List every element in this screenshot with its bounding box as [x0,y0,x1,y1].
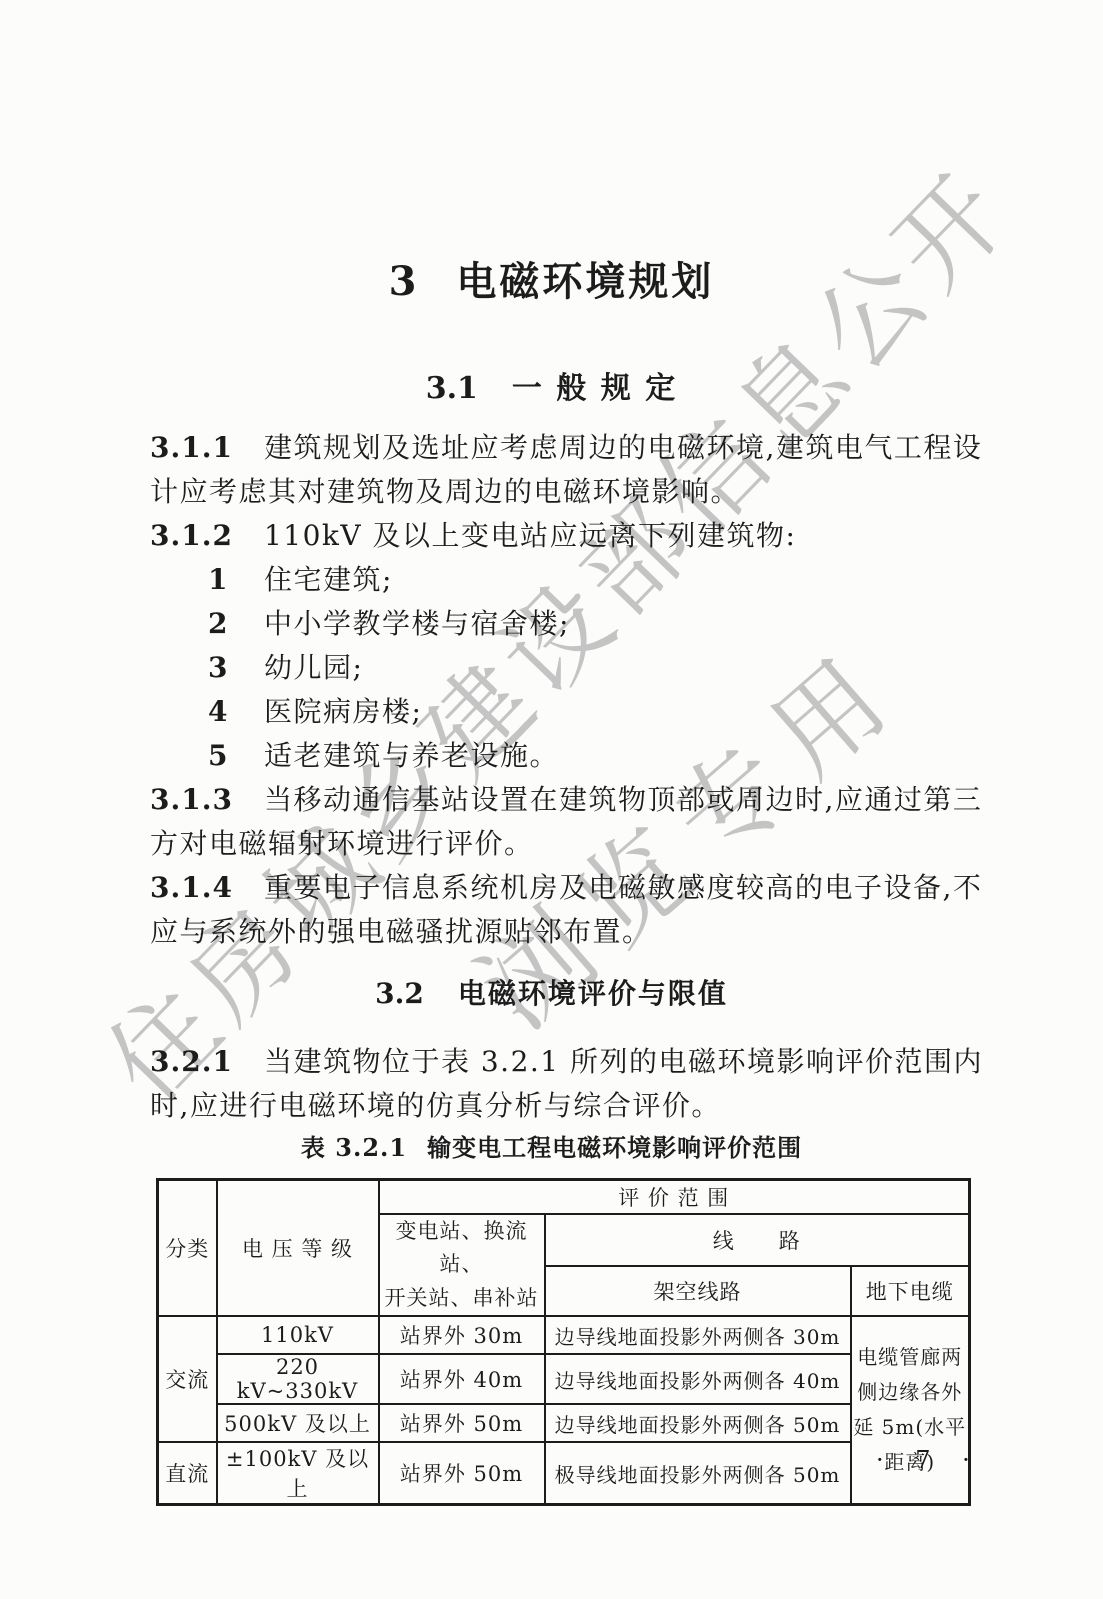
document-page: { "colors": { "ink": "#1c1c1c", "waterma… [0,0,1103,1599]
list-item-1: 1住宅建筑; [150,558,962,602]
header-cell-station-line-2: 开关站、串补站 [380,1282,544,1316]
table-row-ac-220-330kv: 220 kV~330kV 站界外 40m 边导线地面投影外两侧各 40m [158,1354,970,1404]
table-header-row-1: 分类 电 压 等 级 评 价 范 围 [158,1180,970,1214]
cell-station-220-330kv: 站界外 40m [379,1354,545,1404]
list-item-3-text: 幼儿园; [264,651,363,684]
section-heading-3-1: 3.1一 般 规 定 [0,363,1103,407]
cell-station-dc-100kv: 站界外 50m [379,1442,545,1505]
section-3-2-number: 3.2 [375,977,424,1010]
clause-3-1-1-line-2: 计应考虑其对建筑物及周边的电磁环境影响。 [150,470,962,514]
header-cell-scope: 评 价 范 围 [379,1180,970,1214]
cell-overhead-dc-100kv: 极导线地面投影外两侧各 50m [545,1442,851,1505]
list-item-4: 4医院病房楼; [150,690,962,734]
header-cell-overhead: 架空线路 [545,1266,851,1316]
table-row-ac-110kv: 交流 110kV 站界外 30m 边导线地面投影外两侧各 30m 电缆管廊两侧边… [158,1316,970,1354]
cell-underground-note: 电缆管廊两侧边缘各外延 5m(水平距离) [851,1316,970,1505]
page-content: 3电磁环境规划 3.1一 般 规 定 3.1.1建筑规划及选址应考虑周边的电磁环… [0,0,1103,1599]
clause-3-1-2-number: 3.1.2 [150,519,233,552]
list-item-3: 3幼儿园; [150,646,962,690]
list-item-2: 2中小学教学楼与宿舍楼; [150,602,962,646]
table-caption-number: 表 3.2.1 [301,1133,407,1162]
clause-3-1-1-number: 3.1.1 [150,431,233,464]
list-item-1-number: 1 [208,563,229,596]
list-item-2-number: 2 [208,607,229,640]
clause-3-1-1-text-1: 建筑规划及选址应考虑周边的电磁环境,建筑电气工程设 [264,431,982,464]
table-row-dc-100kv: 直流 ±100kV 及以上 站界外 50m 极导线地面投影外两侧各 50m [158,1442,970,1505]
cell-voltage-dc-100kv: ±100kV 及以上 [217,1442,379,1505]
header-cell-station-line-1: 变电站、换流站、 [380,1215,544,1282]
section-3-1-body: 3.1.1建筑规划及选址应考虑周边的电磁环境,建筑电气工程设 计应考虑其对建筑物… [150,426,962,954]
table-caption-title: 输变电工程电磁环境影响评价范围 [427,1133,802,1162]
clause-3-1-2-text: 110kV 及以上变电站应远离下列建筑物: [264,519,796,552]
clause-3-1-3-line-2: 方对电磁辐射环境进行评价。 [150,822,962,866]
list-item-5-number: 5 [208,739,229,772]
chapter-title: 3电磁环境规划 [0,250,1103,307]
chapter-number: 3 [389,258,417,305]
section-3-1-title: 一 般 规 定 [512,371,677,406]
emc-evaluation-scope-table: 分类 电 压 等 级 评 价 范 围 变电站、换流站、 开关站、串补站 线 路 … [156,1178,971,1506]
cell-station-500kv: 站界外 50m [379,1404,545,1442]
clause-3-1-1-line-1: 3.1.1建筑规划及选址应考虑周边的电磁环境,建筑电气工程设 [150,426,962,470]
header-cell-voltage: 电 压 等 级 [217,1180,379,1317]
clause-3-1-3-line-1: 3.1.3当移动通信基站设置在建筑物顶部或周边时,应通过第三 [150,778,962,822]
clause-3-2-1-number: 3.2.1 [150,1045,233,1078]
cell-station-110kv: 站界外 30m [379,1316,545,1354]
clause-3-1-4-text-1: 重要电子信息系统机房及电磁敏感度较高的电子设备,不 [264,871,982,904]
cell-category-ac: 交流 [158,1316,217,1442]
header-cell-station: 变电站、换流站、 开关站、串补站 [379,1214,545,1317]
cell-overhead-220-330kv: 边导线地面投影外两侧各 40m [545,1354,851,1404]
list-item-1-text: 住宅建筑; [264,563,393,596]
cell-category-dc: 直流 [158,1442,217,1505]
header-cell-category: 分类 [158,1180,217,1317]
list-item-5: 5适老建筑与养老设施。 [150,734,962,778]
section-heading-3-2: 3.2电磁环境评价与限值 [0,972,1103,1012]
cell-overhead-500kv: 边导线地面投影外两侧各 50m [545,1404,851,1442]
table-caption: 表 3.2.1输变电工程电磁环境影响评价范围 [0,1128,1103,1163]
clause-3-1-3-text-1: 当移动通信基站设置在建筑物顶部或周边时,应通过第三 [264,783,982,816]
cell-overhead-110kv: 边导线地面投影外两侧各 30m [545,1316,851,1354]
clause-3-1-4-number: 3.1.4 [150,871,233,904]
cell-voltage-500kv: 500kV 及以上 [217,1404,379,1442]
section-3-2-title: 电磁环境评价与限值 [458,977,728,1010]
list-item-4-number: 4 [208,695,229,728]
table-row-ac-500kv: 500kV 及以上 站界外 50m 边导线地面投影外两侧各 50m [158,1404,970,1442]
list-item-2-text: 中小学教学楼与宿舍楼; [264,607,570,640]
cell-voltage-110kv: 110kV [217,1316,379,1354]
list-item-5-text: 适老建筑与养老设施。 [264,739,559,772]
list-item-4-text: 医院病房楼; [264,695,422,728]
clause-3-1-4-line-2: 应与系统外的强电磁骚扰源贴邻布置。 [150,910,962,954]
section-3-1-number: 3.1 [426,371,478,406]
clause-3-1-3-number: 3.1.3 [150,783,233,816]
cell-voltage-220-330kv: 220 kV~330kV [217,1354,379,1404]
chapter-title-text: 电磁环境规划 [456,258,714,305]
clause-3-2-1-line-1: 3.2.1当建筑物位于表 3.2.1 所列的电磁环境影响评价范围内 [150,1040,962,1084]
clause-3-1-4-line-1: 3.1.4重要电子信息系统机房及电磁敏感度较高的电子设备,不 [150,866,962,910]
list-item-3-number: 3 [208,651,229,684]
header-cell-line: 线 路 [545,1214,970,1267]
clause-3-1-2-line: 3.1.2110kV 及以上变电站应远离下列建筑物: [150,514,962,558]
section-3-2-body: 3.2.1当建筑物位于表 3.2.1 所列的电磁环境影响评价范围内 时,应进行电… [150,1040,962,1128]
page-number: · 7 · [876,1446,982,1474]
clause-3-2-1-line-2: 时,应进行电磁环境的仿真分析与综合评价。 [150,1084,962,1128]
header-cell-underground: 地下电缆 [851,1266,970,1316]
clause-3-2-1-text-1: 当建筑物位于表 3.2.1 所列的电磁环境影响评价范围内 [264,1045,983,1078]
